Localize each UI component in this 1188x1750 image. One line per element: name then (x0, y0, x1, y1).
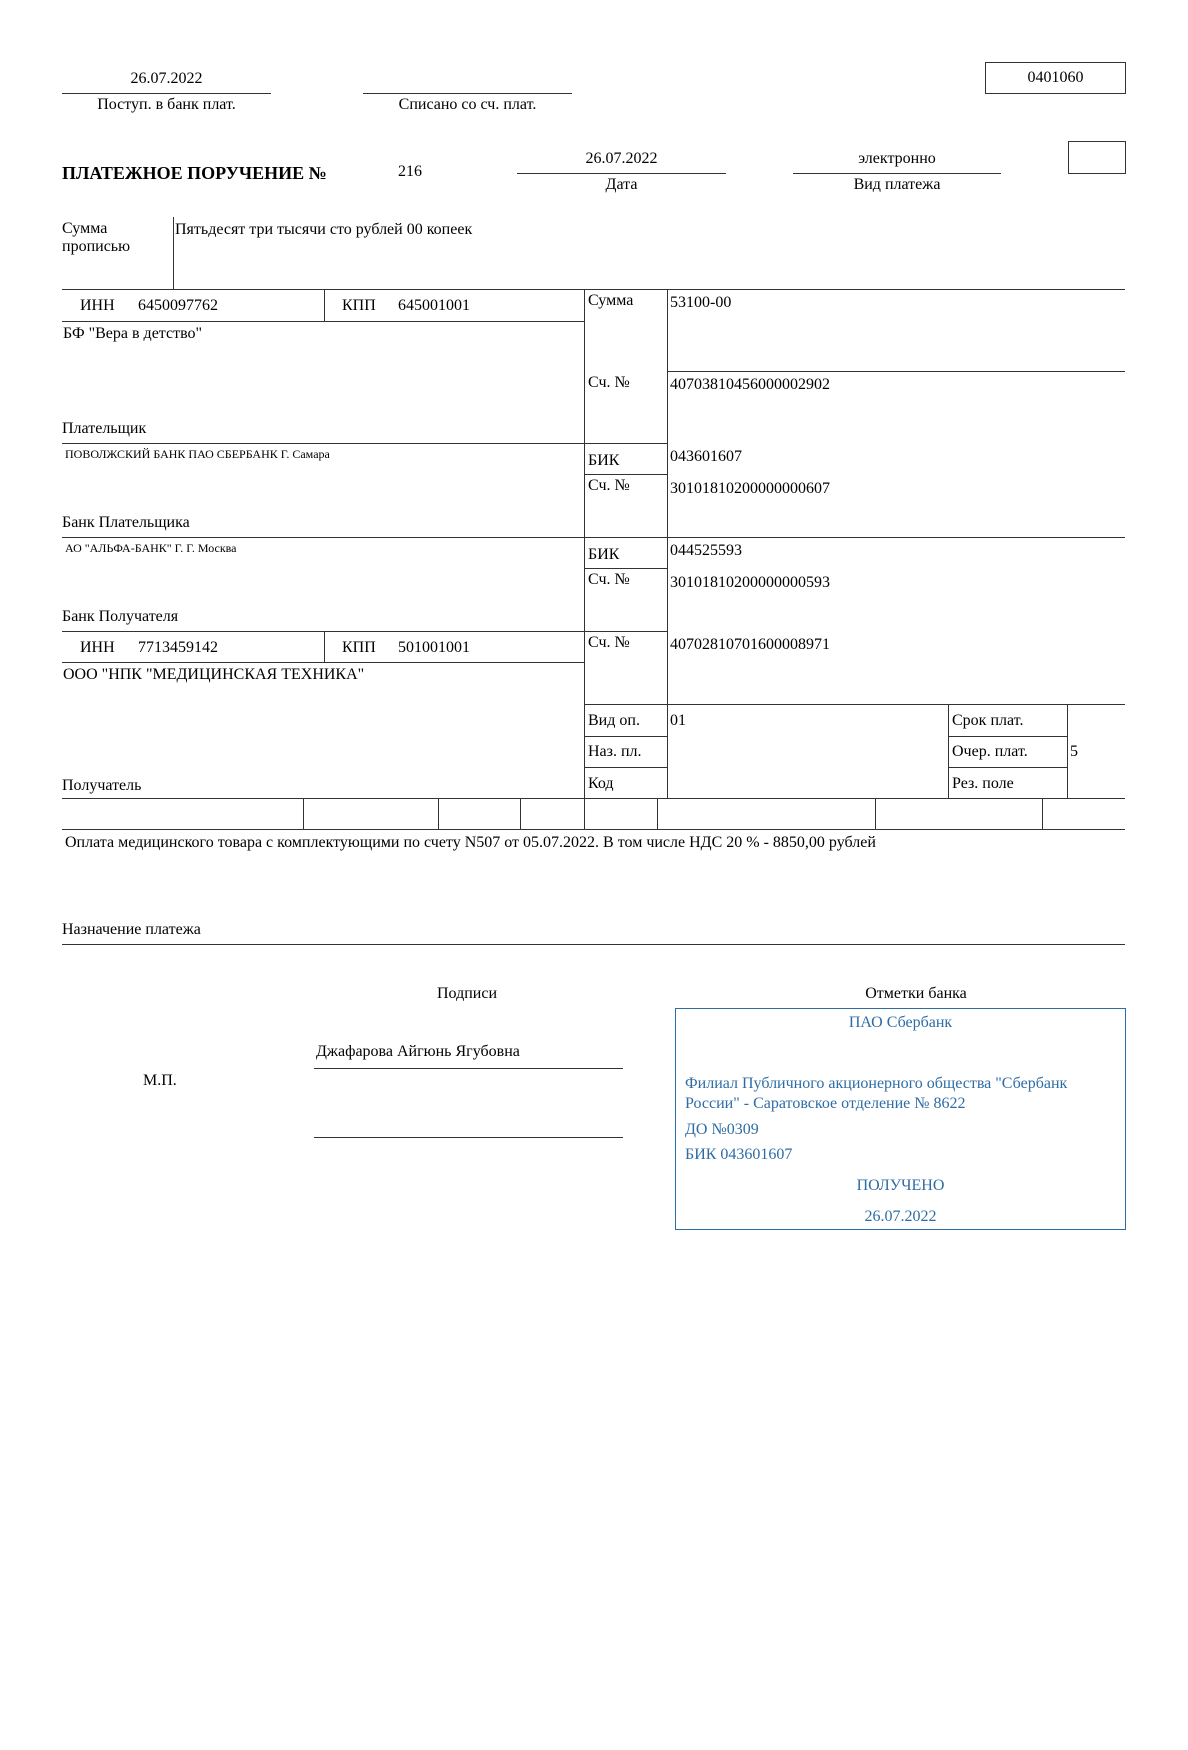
payment-type: электронно (793, 150, 1001, 168)
payer-bank-account-label: Сч. № (588, 477, 630, 495)
term-line (948, 736, 1067, 737)
operation-bottom-line (62, 798, 1125, 799)
payer-bank-account: 30101810200000000607 (670, 480, 830, 498)
debited-date-line (363, 93, 572, 94)
payer-bank-label: Банк Плательщика (62, 514, 190, 532)
purpose-label: Назначение платежа (62, 921, 201, 939)
payer-bank-name: ПОВОЛЖСКИЙ БАНК ПАО СБЕРБАНК Г. Самара (65, 448, 330, 462)
payer-account-label: Сч. № (588, 374, 630, 392)
payment-type-line (793, 173, 1001, 174)
amount-words-value: Пятьдесят три тысячи сто рублей 00 копее… (175, 221, 472, 239)
recipient-bank-label: Банк Получателя (62, 608, 178, 626)
payer-inn-row-line (62, 321, 584, 322)
payer-inn-label: ИНН (80, 297, 115, 315)
document-date: 26.07.2022 (517, 150, 726, 168)
signatures-label: Подписи (367, 985, 567, 1003)
value-column-divider (667, 289, 668, 798)
amount-words-divider (173, 217, 174, 289)
priority-label: Очер. плат. (952, 743, 1028, 761)
recipient-account-label: Сч. № (588, 634, 630, 652)
priority-value: 5 (1070, 743, 1078, 761)
payer-bottom-line (62, 443, 667, 444)
recipient-bank-account-label: Сч. № (588, 571, 630, 589)
term-value-divider (1067, 704, 1068, 798)
stamp-office: ДО №0309 (685, 1121, 759, 1139)
signer-1-name: Джафарова Айгюнь Ягубовна (316, 1043, 520, 1061)
code-label: Код (588, 775, 614, 793)
purpose-bottom-line (62, 944, 1125, 945)
stamp-bank-name: ПАО Сбербанк (676, 1014, 1125, 1032)
term-label-divider (948, 704, 949, 798)
payer-label: Плательщик (62, 420, 146, 438)
document-date-label: Дата (517, 176, 726, 194)
signature-line-1 (314, 1068, 623, 1069)
recipient-bank-bik: 044525593 (670, 542, 742, 560)
payer-name: БФ "Вера в детство" (63, 325, 202, 343)
document-number: 216 (398, 163, 422, 181)
recipient-kpp-divider (324, 631, 325, 662)
recipient-kpp-label: КПП (342, 639, 376, 657)
received-date-line (62, 93, 271, 94)
main-column-divider (584, 289, 585, 829)
amount-words-label-2: прописью (62, 238, 130, 256)
recipient-inn: 7713459142 (138, 639, 218, 657)
debited-date-label: Списано со сч. плат. (363, 96, 572, 114)
recipient-bank-bik-label: БИК (588, 546, 619, 564)
payer-inn: 6450097762 (138, 297, 218, 315)
op-type-value: 01 (670, 712, 686, 730)
amount-words-label-1: Сумма (62, 220, 107, 238)
stamp-date: 26.07.2022 (676, 1208, 1125, 1226)
purpose-code-label: Наз. пл. (588, 743, 642, 761)
stamp-status: ПОЛУЧЕНО (676, 1177, 1125, 1195)
amount-label: Сумма (588, 292, 633, 310)
status-box (1068, 141, 1126, 174)
recipient-bank-account: 30101810200000000593 (670, 574, 830, 592)
payer-bank-bottom-line (62, 537, 1125, 538)
payment-type-label: Вид платежа (793, 176, 1001, 194)
op-type-label: Вид оп. (588, 712, 640, 730)
recipient-label: Получатель (62, 777, 141, 795)
code-cell-divider-4 (657, 798, 658, 829)
payer-kpp: 645001001 (398, 297, 470, 315)
payer-bank-bik-line (584, 474, 667, 475)
recipient-inn-row-line (62, 662, 584, 663)
recipient-name: ООО "НПК "МЕДИЦИНСКАЯ ТЕХНИКА" (63, 666, 364, 684)
op-type-line (584, 736, 667, 737)
signature-line-2 (314, 1137, 623, 1138)
priority-line (948, 767, 1067, 768)
bank-stamp: ПАО Сбербанк Филиал Публичного акционерн… (675, 1008, 1126, 1230)
grid-top-line (62, 289, 1125, 290)
recipient-inn-label: ИНН (80, 639, 115, 657)
code-row-bottom-line (62, 829, 1125, 830)
recipient-bank-bik-line (584, 568, 667, 569)
stamp-branch-line-2: России" - Саратовское отделение № 8622 (685, 1095, 966, 1113)
document-title: ПЛАТЕЖНОЕ ПОРУЧЕНИЕ № (62, 163, 327, 184)
amount-account-line (667, 371, 1125, 372)
code-cell-divider-6 (1042, 798, 1043, 829)
form-code-box: 0401060 (985, 62, 1126, 94)
stamp-branch-line-1: Филиал Публичного акционерного общества … (685, 1075, 1067, 1093)
code-cell-divider-3 (520, 798, 521, 829)
recipient-bank-name: АО "АЛЬФА-БАНК" Г. Г. Москва (65, 542, 237, 556)
received-date: 26.07.2022 (62, 70, 271, 88)
recipient-account: 40702810701600008971 (670, 636, 830, 654)
payer-bank-bik-label: БИК (588, 452, 619, 470)
bank-marks-label: Отметки банка (800, 985, 1032, 1003)
document-date-line (517, 173, 726, 174)
payer-kpp-divider (324, 289, 325, 321)
payer-bank-bik: 043601607 (670, 448, 742, 466)
purpose-code-line (584, 767, 667, 768)
code-cell-divider-1 (303, 798, 304, 829)
term-label: Срок плат. (952, 712, 1023, 730)
payer-account: 40703810456000002902 (670, 376, 830, 394)
stamp-bik: БИК 043601607 (685, 1146, 792, 1164)
form-code: 0401060 (986, 69, 1125, 87)
reserve-label: Рез. поле (952, 775, 1014, 793)
recipient-bank-bottom-line (62, 631, 667, 632)
payer-kpp-label: КПП (342, 297, 376, 315)
purpose-text: Оплата медицинского товара с комплектующ… (65, 834, 876, 852)
amount-value: 53100-00 (670, 294, 731, 312)
code-cell-divider-5 (875, 798, 876, 829)
code-cell-divider-2 (438, 798, 439, 829)
received-date-label: Поступ. в банк плат. (62, 96, 271, 114)
operation-top-line (584, 704, 1125, 705)
stamp-place-label: М.П. (143, 1072, 177, 1090)
recipient-kpp: 501001001 (398, 639, 470, 657)
